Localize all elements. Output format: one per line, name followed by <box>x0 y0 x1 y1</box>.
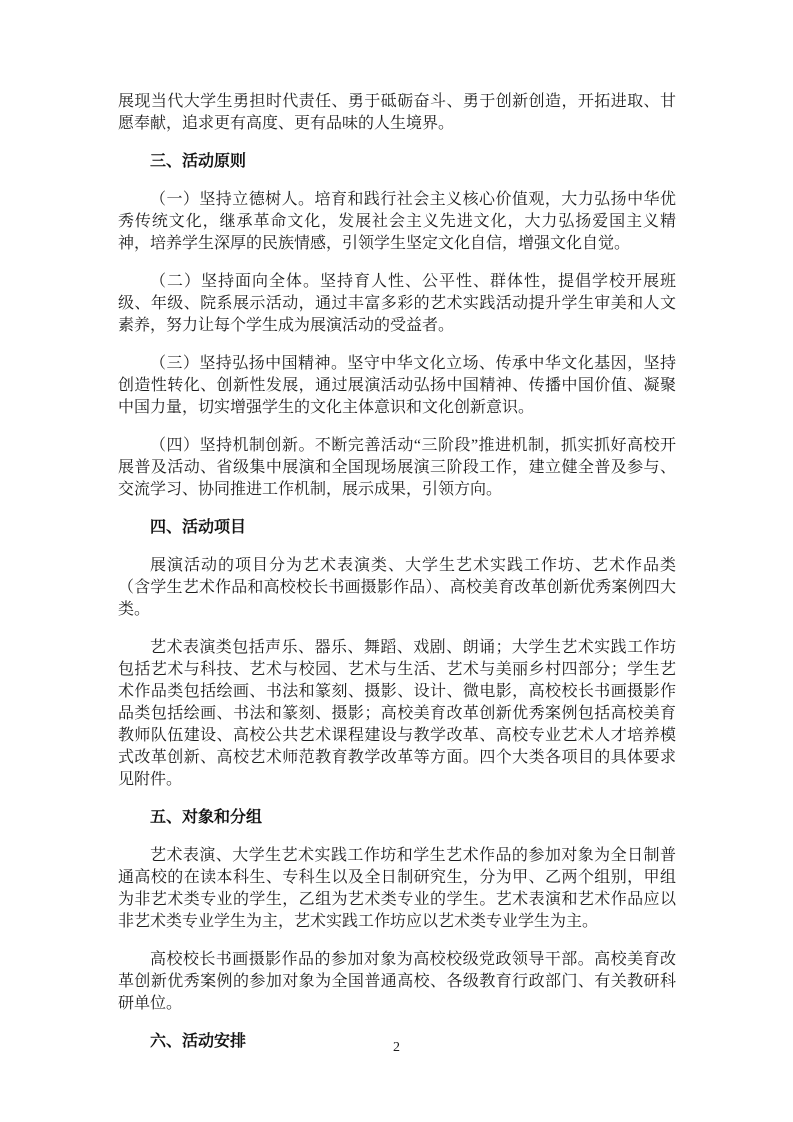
document-body: 展现当代大学生勇担时代责任、勇于砥砺奋斗、勇于创新创造，开拓进取、甘愿奉献，追求… <box>118 91 676 1069</box>
body-paragraph: （四）坚持机制创新。不断完善活动“三阶段”推进机制，抓实抓好高校开展普及活动、省… <box>118 435 676 501</box>
body-paragraph: 艺术表演类包括声乐、器乐、舞蹈、戏剧、朗诵；大学生艺术实践工作坊包括艺术与科技、… <box>118 637 676 791</box>
section-heading: 三、活动原则 <box>118 151 676 173</box>
section-heading: 五、对象和分组 <box>118 807 676 829</box>
page-number: 2 <box>393 1040 400 1055</box>
body-paragraph: 展现当代大学生勇担时代责任、勇于砥砺奋斗、勇于创新创造，开拓进取、甘愿奉献，追求… <box>118 91 676 135</box>
body-paragraph: （二）坚持面向全体。坚持育人性、公平性、群体性，提倡学校开展班级、年级、院系展示… <box>118 271 676 337</box>
body-paragraph: （三）坚持弘扬中国精神。坚守中华文化立场、传承中华文化基因，坚持创造性转化、创新… <box>118 353 676 419</box>
body-paragraph: 展演活动的项目分为艺术表演类、大学生艺术实践工作坊、艺术作品类（含学生艺术作品和… <box>118 555 676 621</box>
document-page: 展现当代大学生勇担时代责任、勇于砥砺奋斗、勇于创新创造，开拓进取、甘愿奉献，追求… <box>0 0 793 1122</box>
page-footer: 2 <box>0 1038 793 1056</box>
body-paragraph: 艺术表演、大学生艺术实践工作坊和学生艺术作品的参加对象为全日制普通高校的在读本科… <box>118 845 676 933</box>
body-paragraph: （一）坚持立德树人。培育和践行社会主义核心价值观，大力弘扬中华优秀传统文化，继承… <box>118 189 676 255</box>
body-paragraph: 高校校长书画摄影作品的参加对象为高校校级党政领导干部。高校美育改革创新优秀案例的… <box>118 949 676 1015</box>
section-heading: 四、活动项目 <box>118 517 676 539</box>
